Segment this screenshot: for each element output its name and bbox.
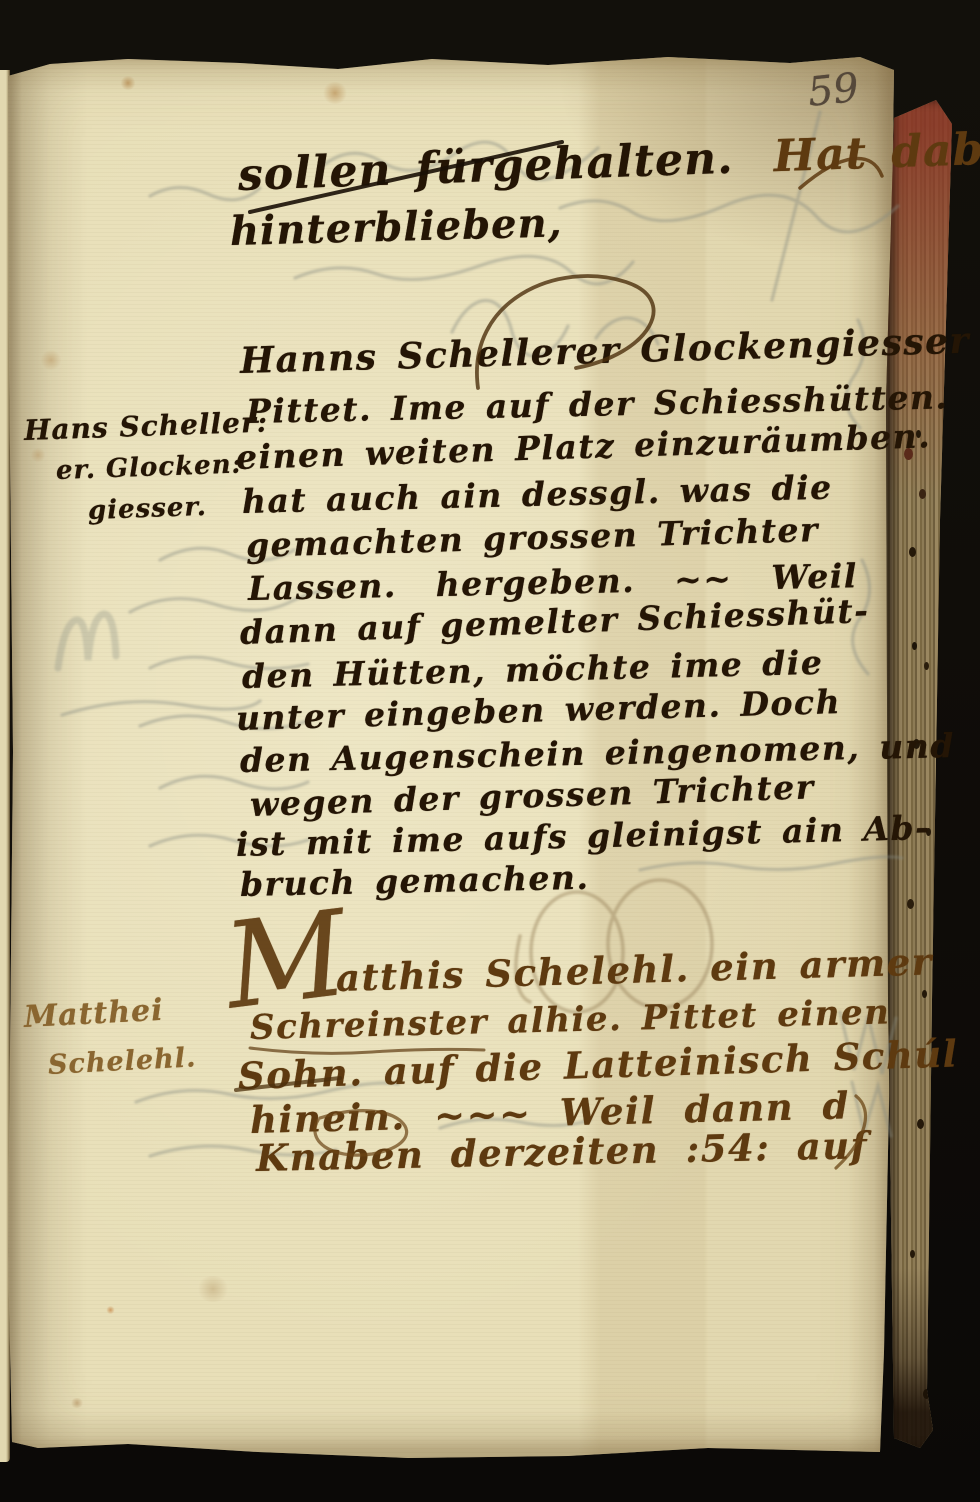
book-fore-edge bbox=[886, 100, 952, 1448]
manuscript-scan: 59 sollen fürgehalten. Hat dabei hinterb… bbox=[0, 0, 980, 1502]
margin-note-2-line: Matthei bbox=[23, 993, 164, 1035]
heading-line-2: hinterblieben, bbox=[229, 199, 563, 255]
folio-number: 59 bbox=[806, 65, 861, 116]
margin-note-1-line: giesser. bbox=[87, 492, 207, 526]
heading-line-1-brown: Hat dabei bbox=[773, 122, 980, 182]
